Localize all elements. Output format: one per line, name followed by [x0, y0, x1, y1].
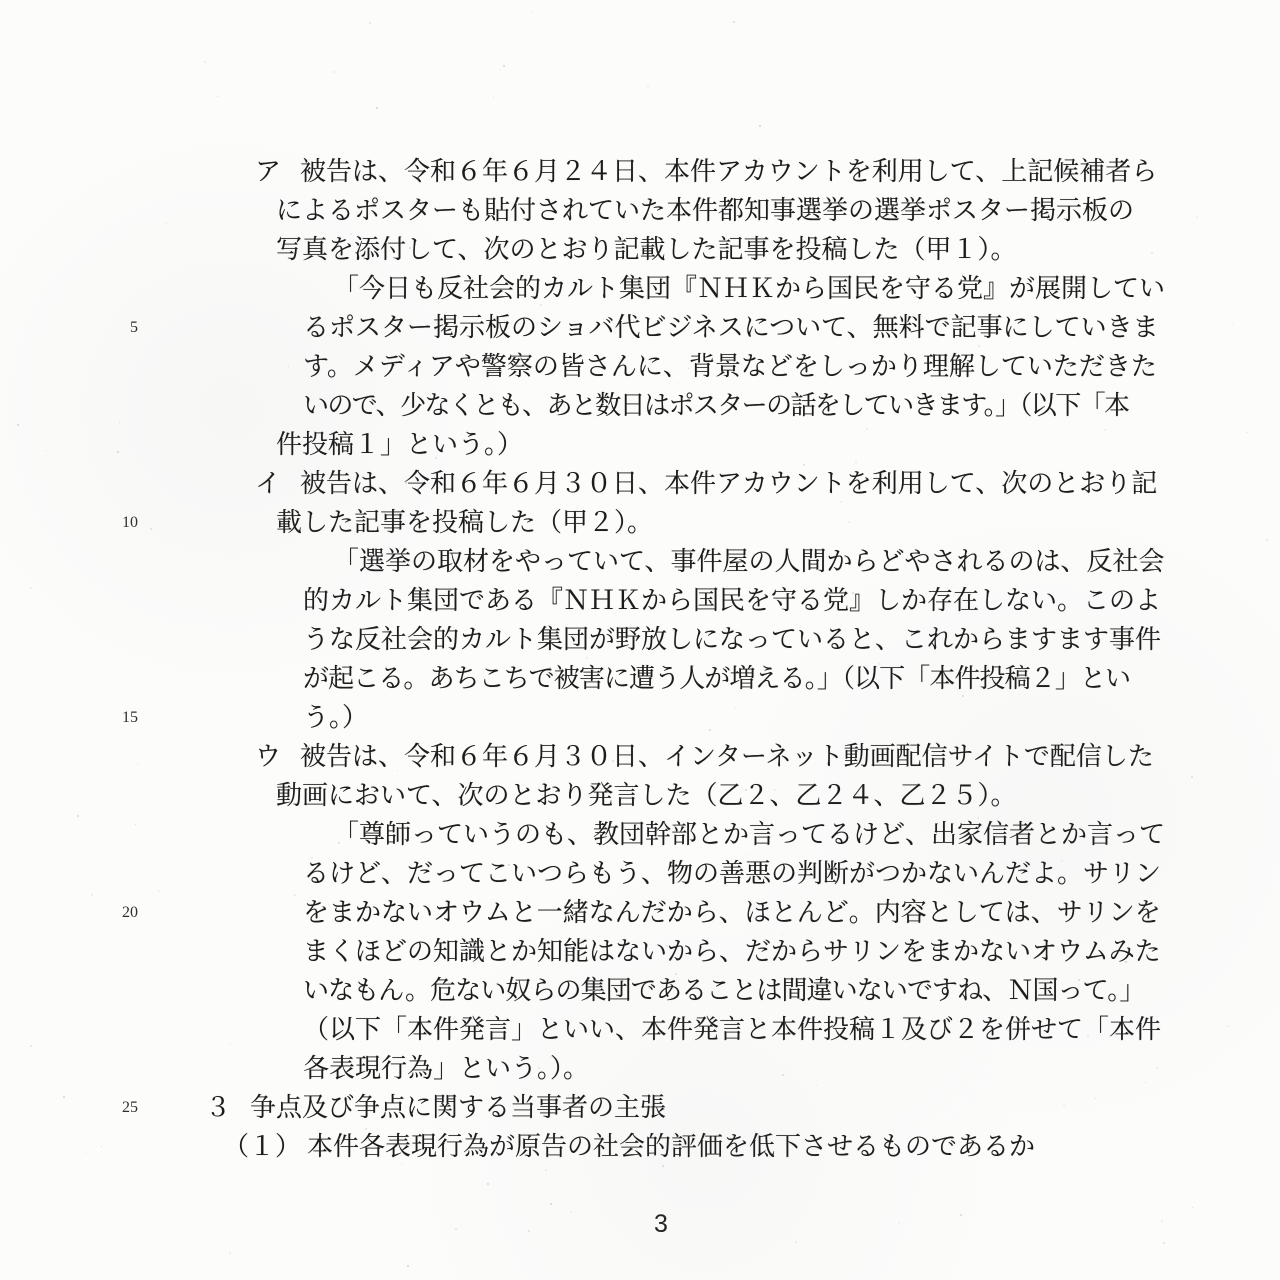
line-text: るポスター掲示板のショバ代ビジネスについて、無料で記事にしていきま	[303, 313, 1159, 342]
text-line: う。）	[0, 698, 1280, 737]
text-line: 「選挙の取材をやっていて、事件屋の人間からどやされるのは、反社会	[0, 542, 1280, 581]
line-text: が起こる。あちこちで被害に遭う人が増える。」（以下「本件投稿２」とい	[303, 664, 1130, 693]
item-marker: イ	[255, 469, 281, 498]
line-text: まくほどの知識とか知能はないから、だからサリンをまかないオウムみた	[303, 937, 1161, 966]
line-text: をまかないオウムと一緒なんだから、ほとんど。内容としては、サリンを	[303, 898, 1161, 927]
text-line: 的カルト集団である『ＮＨＫから国民を守る党』しか存在しない。このよ	[0, 581, 1280, 620]
text-line: によるポスターも貼付されていた本件都知事選挙の選挙ポスター掲示板の	[0, 191, 1280, 230]
line-text: うな反社会的カルト集団が野放しになっていると、これからますます事件	[303, 625, 1161, 654]
text-line: ３争点及び争点に関する当事者の主張	[0, 1088, 1280, 1127]
line-text: 被告は、令和６年６月２４日、本件アカウントを利用して、上記候補者ら	[300, 157, 1157, 186]
text-line: （１）本件各表現行為が原告の社会的評価を低下させるものであるか	[0, 1127, 1280, 1166]
line-text: う。）	[303, 703, 368, 732]
line-text: によるポスターも貼付されていた本件都知事選挙の選挙ポスター掲示板の	[276, 196, 1134, 225]
line-text: 件投稿１」という。）	[276, 430, 523, 459]
item-marker: （１）	[223, 1132, 301, 1161]
text-line: いので、少なくとも、あと数日はポスターの話をしていきます。」（以下「本	[0, 386, 1280, 425]
line-text: 「今日も反社会的カルト集団『ＮＨＫから国民を守る党』が展開してい	[333, 274, 1165, 303]
text-line: が起こる。あちこちで被害に遭う人が増える。」（以下「本件投稿２」とい	[0, 659, 1280, 698]
document-page: 510152025 ア被告は、令和６年６月２４日、本件アカウントを利用して、上記…	[0, 0, 1280, 1280]
text-line: ア被告は、令和６年６月２４日、本件アカウントを利用して、上記候補者ら	[0, 152, 1280, 191]
line-text: いので、少なくとも、あと数日はポスターの話をしていきます。」（以下「本	[303, 391, 1128, 420]
line-text: 動画において、次のとおり発言した（乙２、乙２４、乙２５）。	[276, 781, 1016, 810]
text-line: イ被告は、令和６年６月３０日、本件アカウントを利用して、次のとおり記	[0, 464, 1280, 503]
line-text: 写真を添付して、次のとおり記載した記事を投稿した（甲１）。	[276, 235, 1016, 264]
line-text: 載した記事を投稿した（甲２）。	[276, 508, 653, 537]
line-text: 本件各表現行為が原告の社会的評価を低下させるものであるか	[307, 1132, 1035, 1161]
line-text: 「尊師っていうのも、教団幹部とか言ってるけど、出家信者とか言って	[333, 820, 1165, 849]
line-text: 的カルト集団である『ＮＨＫから国民を守る党』しか存在しない。このよ	[303, 586, 1161, 615]
text-line: 写真を添付して、次のとおり記載した記事を投稿した（甲１）。	[0, 230, 1280, 269]
text-line: いなもん。危ない奴らの集団であることは間違いないですね、Ｎ国って。」	[0, 971, 1280, 1010]
text-line: 「今日も反社会的カルト集団『ＮＨＫから国民を守る党』が展開してい	[0, 269, 1280, 308]
line-text: す。メディアや警察の皆さんに、背景などをしっかり理解していただきた	[303, 352, 1157, 381]
line-text: 「選挙の取材をやっていて、事件屋の人間からどやされるのは、反社会	[333, 547, 1164, 576]
text-line: るポスター掲示板のショバ代ビジネスについて、無料で記事にしていきま	[0, 308, 1280, 347]
text-line: 各表現行為」という。）。	[0, 1049, 1280, 1088]
line-text: 各表現行為」という。）。	[303, 1054, 589, 1083]
text-line: 載した記事を投稿した（甲２）。	[0, 503, 1280, 542]
text-line: 「尊師っていうのも、教団幹部とか言ってるけど、出家信者とか言って	[0, 815, 1280, 854]
line-text: 争点及び争点に関する当事者の主張	[250, 1093, 666, 1122]
document-content: ア被告は、令和６年６月２４日、本件アカウントを利用して、上記候補者らによるポスタ…	[0, 152, 1280, 1166]
line-text: （以下「本件発言」といい、本件発言と本件投稿１及び２を併せて「本件	[303, 1015, 1161, 1044]
text-line: まくほどの知識とか知能はないから、だからサリンをまかないオウムみた	[0, 932, 1280, 971]
line-text: いなもん。危ない奴らの集団であることは間違いないですね、Ｎ国って。」	[303, 976, 1144, 1005]
line-text: 被告は、令和６年６月３０日、本件アカウントを利用して、次のとおり記	[300, 469, 1157, 498]
text-line: 動画において、次のとおり発言した（乙２、乙２４、乙２５）。	[0, 776, 1280, 815]
text-line: うな反社会的カルト集団が野放しになっていると、これからますます事件	[0, 620, 1280, 659]
text-line: をまかないオウムと一緒なんだから、ほとんど。内容としては、サリンを	[0, 893, 1280, 932]
text-line: （以下「本件発言」といい、本件発言と本件投稿１及び２を併せて「本件	[0, 1010, 1280, 1049]
item-marker: ア	[255, 157, 281, 186]
text-line: ウ被告は、令和６年６月３０日、インターネット動画配信サイトで配信した	[0, 737, 1280, 776]
page-number: 3	[654, 1210, 668, 1239]
item-marker: ３	[205, 1093, 231, 1122]
line-text: 被告は、令和６年６月３０日、インターネット動画配信サイトで配信した	[300, 742, 1154, 771]
line-text: るけど、だってこいつらもう、物の善悪の判断がつかないんだよ。サリン	[303, 859, 1161, 888]
text-line: 件投稿１」という。）	[0, 425, 1280, 464]
item-marker: ウ	[255, 742, 281, 771]
text-line: す。メディアや警察の皆さんに、背景などをしっかり理解していただきた	[0, 347, 1280, 386]
text-line: るけど、だってこいつらもう、物の善悪の判断がつかないんだよ。サリン	[0, 854, 1280, 893]
